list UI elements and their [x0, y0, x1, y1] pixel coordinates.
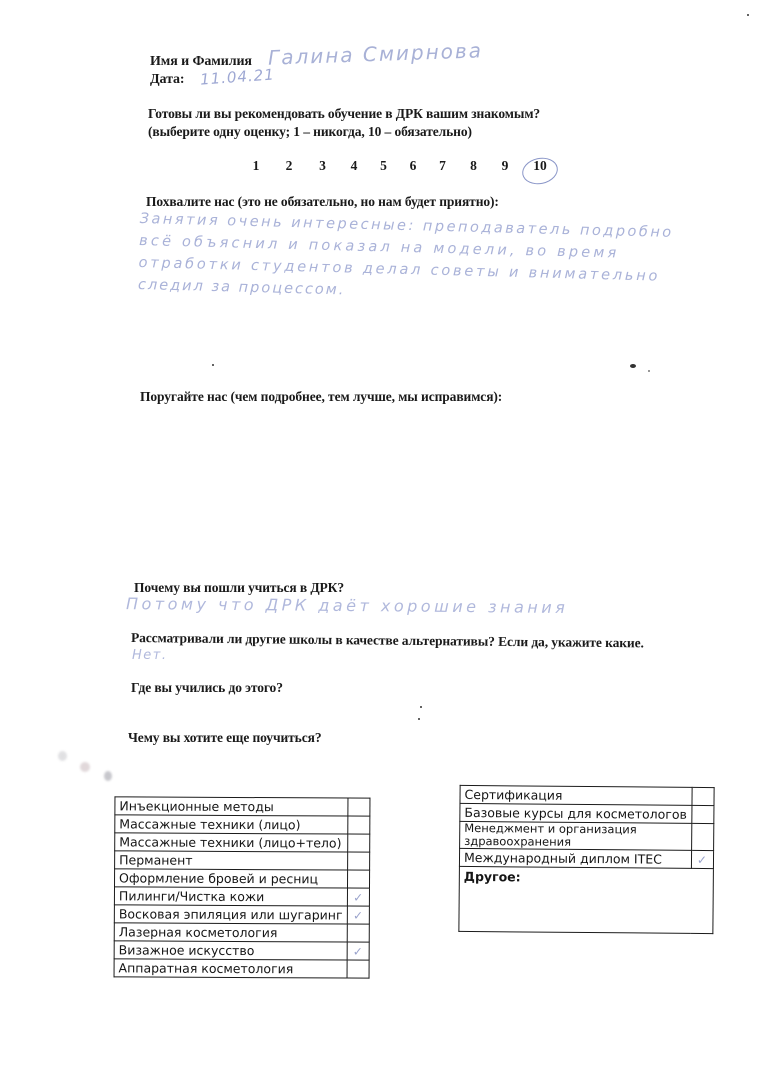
rating-option-2[interactable]: 2: [272, 158, 306, 174]
scan-speck: [747, 14, 749, 16]
course-label: Перманент: [115, 851, 348, 870]
course-row: Сертификация: [460, 785, 714, 805]
other-field[interactable]: Другое:: [459, 866, 713, 933]
name-value[interactable]: Галина Смирнова: [268, 38, 484, 69]
previous-school-question: Где вы учились до этого?: [131, 680, 283, 696]
scan-speck: [418, 718, 420, 720]
date-label: Дата:: [150, 72, 184, 88]
scan-speck: [420, 706, 422, 708]
scan-speck: [212, 364, 214, 366]
rating-option-9[interactable]: 9: [490, 158, 520, 174]
course-label: Оформление бровей и ресниц: [115, 869, 348, 888]
course-checkbox[interactable]: [347, 834, 369, 852]
scan-smudge: [104, 771, 112, 781]
rating-scale: 12345678910: [240, 158, 560, 174]
course-checkbox[interactable]: ✓: [347, 906, 369, 924]
other-label: Другое:: [464, 869, 521, 884]
course-label: Лазерная косметология: [114, 923, 347, 942]
scan-speck: [648, 370, 650, 372]
rating-option-4[interactable]: 4: [339, 158, 369, 174]
other-row: Другое:: [459, 866, 713, 933]
course-label: Массажные техники (лицо+тело): [115, 833, 348, 852]
rating-option-7[interactable]: 7: [428, 158, 457, 174]
alternatives-question: Рассматривали ли другие школы в качестве…: [131, 630, 644, 651]
course-row: Лазерная косметология: [114, 923, 369, 942]
rating-option-8[interactable]: 8: [457, 158, 490, 174]
check-icon: ✓: [353, 944, 363, 958]
check-icon: ✓: [353, 908, 363, 922]
course-row: Перманент: [115, 851, 370, 870]
course-row: Визажное искусство✓: [114, 941, 369, 960]
course-label: Пилинги/Чистка кожи: [114, 887, 347, 906]
course-checkbox[interactable]: [691, 823, 713, 850]
course-row: Оформление бровей и ресниц: [115, 869, 370, 888]
course-checkbox[interactable]: ✓: [691, 850, 713, 868]
praise-question: Похвалите нас (это не обязательно, но на…: [146, 194, 499, 210]
scan-smudge: [58, 751, 67, 761]
scan-smudge: [80, 762, 90, 772]
check-icon: ✓: [697, 852, 707, 866]
course-label: Восковая эпиляция или шугаринг: [114, 905, 347, 924]
scan-speck: [630, 364, 636, 368]
course-label: Аппаратная косметология: [114, 959, 347, 978]
course-row: Менеджмент и организация здравоохранения: [460, 821, 714, 850]
why-answer[interactable]: Потому что ДРК даёт хорошие знания: [126, 594, 568, 617]
course-row: Аппаратная косметология: [114, 959, 369, 978]
course-checkbox[interactable]: [347, 960, 369, 978]
course-row: Инъекционные методы: [115, 797, 370, 816]
course-label: Сертификация: [460, 785, 692, 805]
criticism-question: Поругайте нас (чем подробнее, тем лучше,…: [140, 389, 502, 405]
course-label: Менеджмент и организация здравоохранения: [460, 821, 692, 850]
course-row: Массажные техники (лицо+тело): [115, 833, 370, 852]
courses-table-left: Инъекционные методыМассажные техники (ли…: [114, 796, 371, 978]
course-checkbox[interactable]: ✓: [347, 888, 369, 906]
course-label: Массажные техники (лицо): [115, 815, 348, 834]
course-row: Пилинги/Чистка кожи✓: [114, 887, 369, 906]
alternatives-answer[interactable]: Нет.: [132, 648, 167, 663]
course-checkbox[interactable]: [691, 805, 713, 823]
courses-table-right: СертификацияБазовые курсы для косметолог…: [458, 785, 714, 934]
course-checkbox[interactable]: [348, 798, 370, 816]
course-checkbox[interactable]: [347, 924, 369, 942]
course-checkbox[interactable]: [691, 787, 713, 805]
praise-answer[interactable]: Занятия очень интересные: преподаватель …: [138, 208, 674, 310]
course-checkbox[interactable]: [347, 852, 369, 870]
course-label: Инъекционные методы: [115, 797, 348, 816]
rating-option-3[interactable]: 3: [306, 158, 339, 174]
date-value[interactable]: 11.04.21: [199, 65, 275, 88]
rating-option-5[interactable]: 5: [369, 158, 398, 174]
rating-option-1[interactable]: 1: [240, 158, 272, 174]
course-checkbox[interactable]: [347, 870, 369, 888]
course-label: Международный диплом ITEC: [459, 848, 691, 868]
course-checkbox[interactable]: [347, 816, 369, 834]
course-checkbox[interactable]: ✓: [347, 942, 369, 960]
previous-school-answer[interactable]: [131, 698, 631, 720]
recommend-question: Готовы ли вы рекомендовать обучение в ДР…: [148, 106, 540, 122]
course-row: Восковая эпиляция или шугаринг✓: [114, 905, 369, 924]
scan-speck: [196, 587, 198, 589]
course-row: Массажные техники (лицо): [115, 815, 370, 834]
check-icon: ✓: [353, 890, 363, 904]
criticism-answer-area[interactable]: [140, 410, 730, 570]
course-row: Международный диплом ITEC✓: [459, 848, 713, 868]
learn-more-question: Чему вы хотите еще поучиться?: [128, 730, 321, 746]
rating-option-6[interactable]: 6: [398, 158, 428, 174]
recommend-hint: (выберите одну оценку; 1 – никогда, 10 –…: [148, 124, 472, 140]
course-label: Визажное искусство: [114, 941, 347, 960]
